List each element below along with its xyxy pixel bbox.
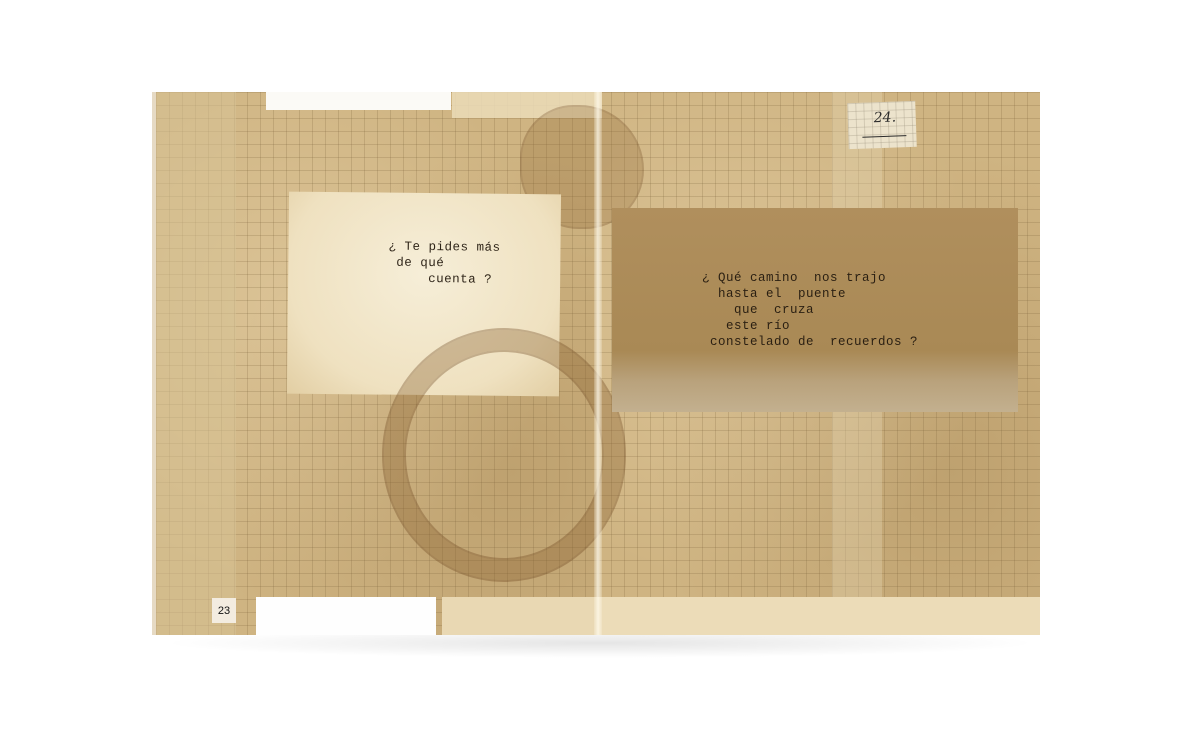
coffee-ring-stain bbox=[384, 330, 624, 580]
left-poem-line-3: cuenta ? bbox=[388, 272, 492, 287]
left-poem-text: ¿ Te pides más de qué cuenta ? bbox=[388, 239, 501, 288]
bottom-white-strip bbox=[256, 597, 436, 635]
left-poem-line-1: ¿ Te pides más bbox=[388, 240, 500, 255]
right-poem-text: ¿ Qué camino nos trajo hasta el puente q… bbox=[702, 270, 918, 350]
right-page-number: 24. bbox=[873, 110, 896, 127]
book-spine bbox=[594, 92, 602, 635]
page-number-note: 24. bbox=[847, 101, 917, 149]
bottom-torn-edge-left bbox=[442, 597, 598, 635]
left-paper-strip bbox=[156, 92, 236, 635]
right-poem-line-2: hasta el puente bbox=[702, 287, 846, 301]
right-poem-line-1: ¿ Qué camino nos trajo bbox=[702, 271, 886, 285]
left-poem-line-2: de qué bbox=[388, 256, 444, 271]
underline bbox=[862, 135, 906, 138]
bottom-torn-edge-right bbox=[598, 597, 1040, 635]
right-poem-line-3: que cruza bbox=[702, 303, 814, 317]
left-page-number: 23 bbox=[212, 598, 236, 623]
right-poem-card: ¿ Qué camino nos trajo hasta el puente q… bbox=[612, 208, 1018, 412]
right-poem-line-4: este río bbox=[702, 319, 790, 333]
top-white-strip bbox=[266, 92, 451, 110]
right-poem-line-5: constelado de recuerdos ? bbox=[702, 335, 918, 349]
open-book: ¿ Te pides más de qué cuenta ? ¿ Qué cam… bbox=[152, 92, 1040, 635]
